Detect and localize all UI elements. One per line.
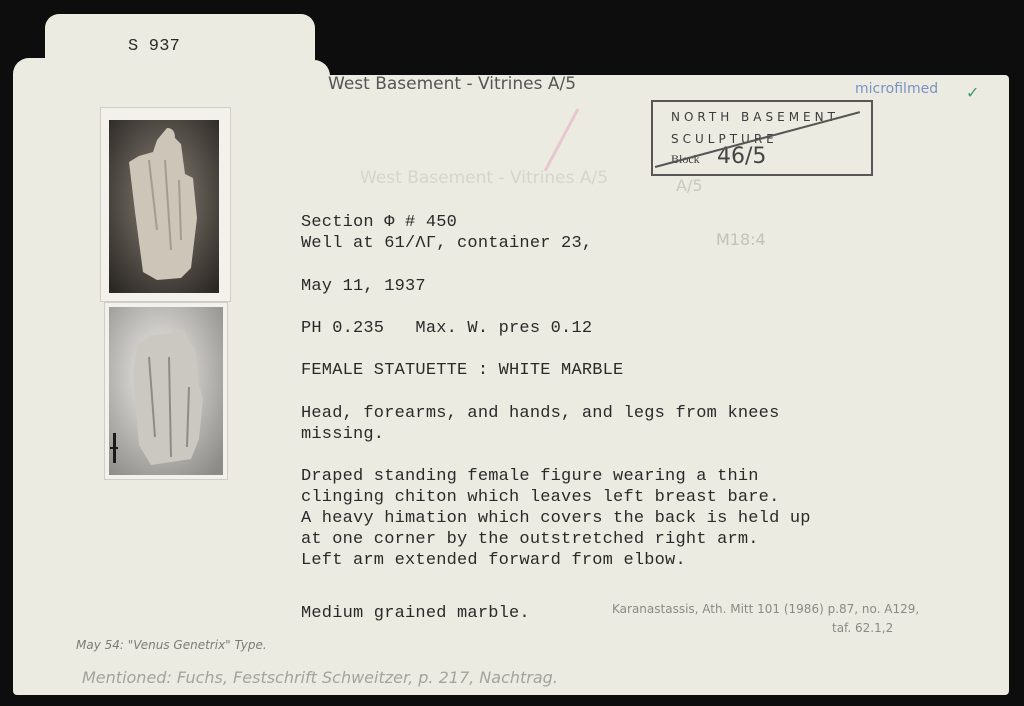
- statuette-photo-1: [109, 120, 219, 293]
- findspot: Well at 61/ΛΓ, container 23,: [301, 233, 592, 254]
- faint-note-a5: A/5: [676, 176, 703, 195]
- object-title: FEMALE STATUETTE : WHITE MARBLE: [301, 360, 623, 381]
- north-basement-stamp: NORTH BASEMENT SCULPTURE Block 46/5: [651, 100, 873, 176]
- note-type: May 54: "Venus Genetrix" Type.: [76, 638, 267, 652]
- faint-handwritten-location: West Basement - Vitrines A/5: [360, 168, 608, 188]
- photo-mount-2: [104, 302, 228, 480]
- section-number: Section Φ # 450: [301, 212, 457, 233]
- photo-mount-1: [100, 107, 231, 302]
- stamp-line-1: NORTH BASEMENT: [671, 110, 839, 124]
- catalog-number: S 937: [128, 36, 180, 57]
- dimensions: PH 0.235 Max. W. pres 0.12: [301, 318, 592, 339]
- microfilmed-stamp: microfilmed: [855, 81, 938, 97]
- bibliography-line-1: Karanastassis, Ath. Mitt 101 (1986) p.87…: [612, 602, 919, 616]
- handwritten-location: West Basement - Vitrines A/5: [328, 74, 576, 94]
- condition: Head, forearms, and hands, and legs from…: [301, 403, 779, 445]
- bibliography-line-2: taf. 62.1,2: [832, 621, 893, 635]
- note-mentioned: Mentioned: Fuchs, Festschrift Schweitzer…: [82, 668, 558, 687]
- description: Draped standing female figure wearing a …: [301, 466, 811, 571]
- faint-note-m: M18:4: [716, 230, 766, 249]
- statuette-photo-2: [109, 307, 223, 475]
- material-note: Medium grained marble.: [301, 603, 530, 624]
- check-icon: ✓: [966, 83, 979, 102]
- date: May 11, 1937: [301, 276, 426, 297]
